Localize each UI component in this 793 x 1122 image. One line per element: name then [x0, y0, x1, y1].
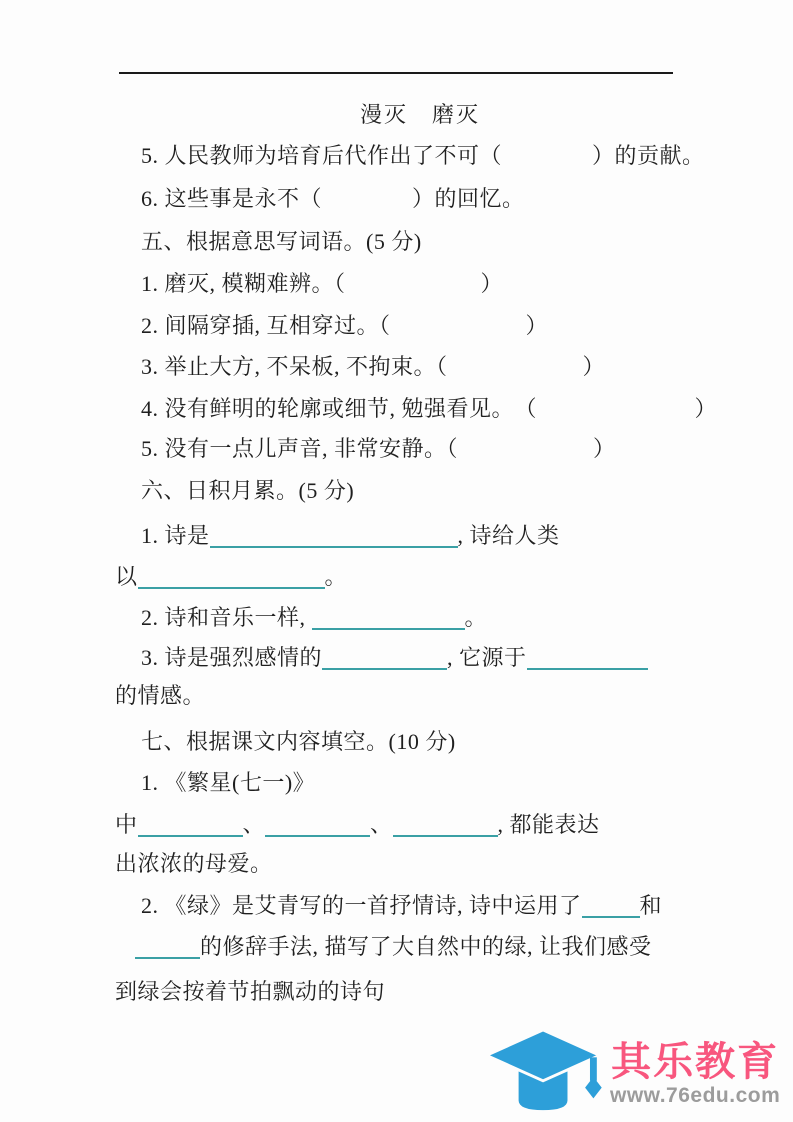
fill-blank [138, 563, 325, 589]
section-7-q1-end: , 都能表达 [498, 812, 600, 837]
word-bank-text: 漫灭 磨灭 [360, 102, 480, 127]
section-6-q2-post: 。 [465, 605, 488, 630]
section-6-q1-cont-line: 以。 [115, 557, 685, 597]
section-6-q3-mid: , 它源于 [447, 645, 527, 670]
section-6-q3-pre: 3. 诗是强烈感情的 [141, 645, 322, 670]
section-7-q2-join: 和 [640, 893, 663, 918]
publisher-logo: 其乐教育 www.76edu.com [486, 1030, 788, 1118]
section-7-heading: 七、根据课文内容填空。(10 分) [115, 722, 685, 762]
section-6-q1-cont-post: 。 [325, 564, 348, 589]
section-6-q3-cont-line: 的情感。 [115, 676, 685, 716]
top-rule [119, 72, 673, 74]
section-5-item-3-text: 3. 举止大方, 不呆板, 不拘束。（ ） [141, 354, 605, 379]
section-7-q2-pre: 2. 《绿》是艾青写的一首抒情诗, 诗中运用了 [141, 893, 582, 918]
section-6-title: 六、日积月累。(5 分) [141, 478, 354, 503]
section-6-q3-line: 3. 诗是强烈感情的, 它源于 [115, 638, 685, 678]
worksheet-page: 漫灭 磨灭 5. 人民教师为培育后代作出了不可（ ）的贡献。 6. 这些事是永不… [0, 0, 793, 1122]
section-7-q2-cont-line: 的修辞手法, 描写了大自然中的绿, 让我们感受 [115, 927, 685, 967]
section-6-q2-pre: 2. 诗和音乐一样, [141, 605, 312, 630]
section-7-q1-pre: 中 [115, 812, 138, 837]
brand-name: 其乐教育 [611, 1040, 779, 1084]
section-5-item-1: 1. 磨灭, 模糊难辨。（ ） [115, 264, 685, 304]
fill-blank [135, 933, 200, 959]
section-7-q1-cont-line: 出浓浓的母爱。 [115, 844, 685, 884]
question-6-line: 6. 这些事是永不（ ）的回忆。 [115, 179, 685, 219]
fill-blank [138, 811, 243, 837]
section-5-item-1-text: 1. 磨灭, 模糊难辨。（ ） [141, 271, 503, 296]
section-7-q1-blanks-line: 中、、, 都能表达 [115, 805, 685, 845]
section-7-title: 七、根据课文内容填空。(10 分) [141, 729, 456, 754]
section-6-q1-pre: 1. 诗是 [141, 523, 210, 548]
enumeration-comma: 、 [243, 812, 266, 837]
word-bank-line: 漫灭 磨灭 [115, 95, 685, 135]
section-5-item-2-text: 2. 间隔穿插, 互相穿过。（ ） [141, 313, 548, 338]
section-6-q1-line: 1. 诗是, 诗给人类 [115, 516, 685, 556]
section-5-heading: 五、根据意思写词语。(5 分) [115, 222, 685, 262]
section-5-item-5-text: 5. 没有一点儿声音, 非常安静。（ ） [141, 436, 616, 461]
section-5-item-4: 4. 没有鲜明的轮廓或细节, 勉强看见。 （ ） [115, 389, 685, 429]
fill-blank [265, 811, 370, 837]
section-7-q2-last-text: 到绿会按着节拍飘动的诗句 [115, 979, 385, 1004]
section-7-q1-cont: 出浓浓的母爱。 [115, 851, 273, 876]
section-6-q1-mid: , 诗给人类 [458, 523, 560, 548]
fill-blank [322, 644, 447, 670]
section-5-item-4-text: 4. 没有鲜明的轮廓或细节, 勉强看见。 （ ） [141, 396, 717, 421]
brand-website: www.76edu.com [610, 1084, 780, 1108]
graduation-cap-icon [486, 1028, 604, 1121]
fill-blank [582, 892, 640, 918]
question-5-line: 5. 人民教师为培育后代作出了不可（ ）的贡献。 [115, 136, 685, 176]
section-5-item-5: 5. 没有一点儿声音, 非常安静。（ ） [115, 429, 685, 469]
logo-text-block: 其乐教育 www.76edu.com [610, 1040, 780, 1108]
enumeration-comma: 、 [370, 812, 393, 837]
section-7-q2-cont-post: 的修辞手法, 描写了大自然中的绿, 让我们感受 [200, 934, 652, 959]
fill-blank [312, 604, 465, 630]
section-6-heading: 六、日积月累。(5 分) [115, 471, 685, 511]
fill-blank [393, 811, 498, 837]
section-5-item-2: 2. 间隔穿插, 互相穿过。（ ） [115, 306, 685, 346]
section-6-q3-cont: 的情感。 [115, 683, 205, 708]
section-6-q1-cont-pre: 以 [115, 564, 138, 589]
section-5-title: 五、根据意思写词语。(5 分) [141, 229, 422, 254]
question-5-text: 5. 人民教师为培育后代作出了不可（ ）的贡献。 [141, 143, 705, 168]
section-5-item-3: 3. 举止大方, 不呆板, 不拘束。（ ） [115, 347, 685, 387]
section-6-q2-line: 2. 诗和音乐一样, 。 [115, 598, 685, 638]
section-7-q2-last-line: 到绿会按着节拍飘动的诗句 [115, 972, 685, 1012]
section-7-q2-line: 2. 《绿》是艾青写的一首抒情诗, 诗中运用了和 [115, 886, 685, 926]
question-6-text: 6. 这些事是永不（ ）的回忆。 [141, 186, 525, 211]
section-7-q1-line: 1. 《繁星(七一)》 [115, 763, 685, 803]
fill-blank [527, 644, 648, 670]
fill-blank [210, 522, 458, 548]
section-7-q1-text: 1. 《繁星(七一)》 [141, 770, 315, 795]
